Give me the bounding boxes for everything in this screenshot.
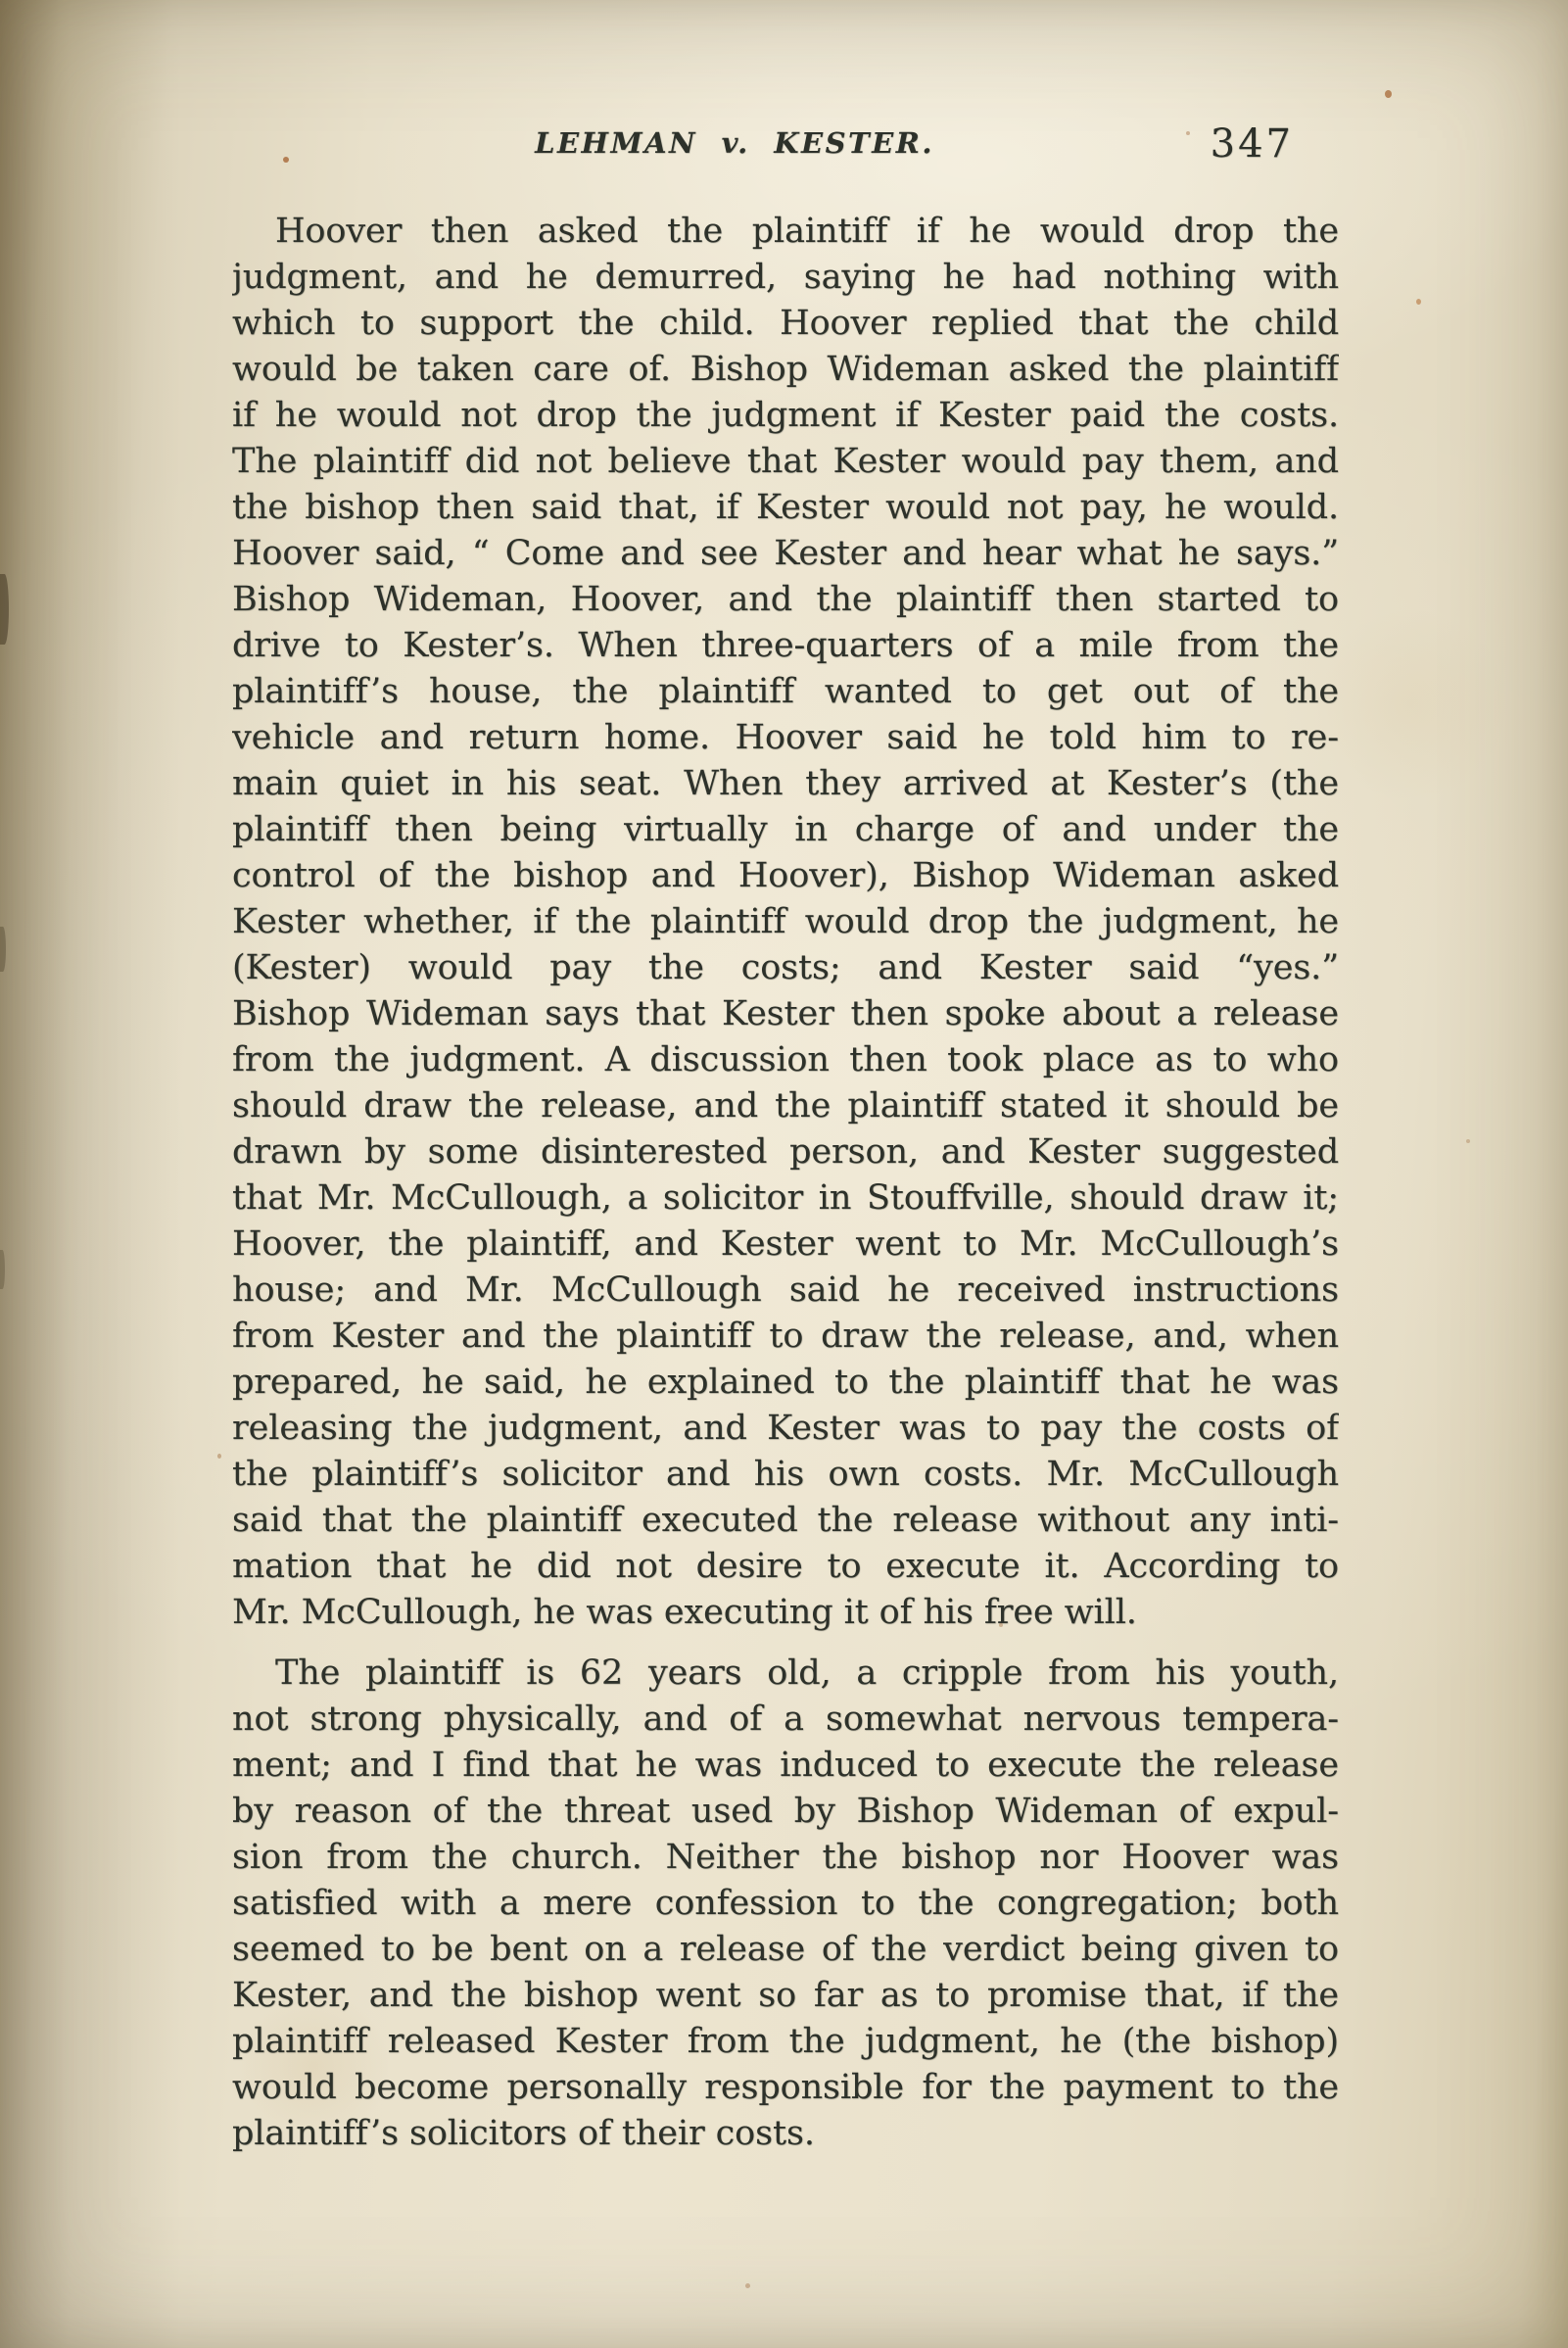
scanned-book-page: LEHMAN v. KESTER. 347 Hoover then asked … — [0, 0, 1568, 2348]
text-line: prepared, he said, he explained to the p… — [232, 1360, 1339, 1406]
case-title: LEHMAN v. KESTER. — [181, 123, 1288, 163]
text-line: Hoover, the plaintiff, and Kester went t… — [232, 1222, 1339, 1268]
text-line: the bishop then said that, if Kester wou… — [232, 485, 1339, 531]
text-line: Kester, and the bishop went so far as to… — [232, 1973, 1339, 2019]
text-line: plaintiff released Kester from the judgm… — [232, 2019, 1339, 2065]
text-line: from Kester and the plaintiff to draw th… — [232, 1314, 1339, 1360]
body-text: Hoover then asked the plaintiff if he wo… — [232, 209, 1339, 2157]
text-line: plaintiff’s solicitors of their costs. — [232, 2111, 1339, 2157]
page-gutter-shadow — [0, 0, 186, 2348]
text-line: satisfied with a mere confession to the … — [232, 1881, 1339, 1927]
foxing-speck — [1466, 1139, 1470, 1143]
text-line: The plaintiff did not believe that Keste… — [232, 439, 1339, 485]
text-line: The plaintiff is 62 years old, a cripple… — [232, 1651, 1339, 1697]
page-edge-mark — [0, 927, 6, 972]
page-number: 347 — [1211, 124, 1294, 164]
text-line: which to support the child. Hoover repli… — [232, 301, 1339, 347]
running-header: LEHMAN v. KESTER. 347 — [232, 123, 1339, 170]
page-edge-mark — [0, 574, 9, 645]
text-line: mation that he did not desire to execute… — [232, 1544, 1339, 1590]
text-line: sion from the church. Neither the bishop… — [232, 1835, 1339, 1881]
text-line: drive to Kester’s. When three-quarters o… — [232, 623, 1339, 669]
text-line: ment; and I find that he was induced to … — [232, 1743, 1339, 1789]
text-line: Hoover then asked the plaintiff if he wo… — [232, 209, 1339, 255]
text-line: Kester whether, if the plaintiff would d… — [232, 899, 1339, 945]
text-line: Mr. McCullough, he was executing it of h… — [232, 1590, 1339, 1636]
text-line: Bishop Wideman says that Kester then spo… — [232, 991, 1339, 1037]
text-line: vehicle and return home. Hoover said he … — [232, 715, 1339, 761]
text-line: not strong physically, and of a somewhat… — [232, 1697, 1339, 1743]
text-line: seemed to be bent on a release of the ve… — [232, 1927, 1339, 1973]
paragraph: The plaintiff is 62 years old, a cripple… — [232, 1651, 1339, 2157]
text-line: would be taken care of. Bishop Wideman a… — [232, 347, 1339, 393]
text-line: (Kester) would pay the costs; and Kester… — [232, 945, 1339, 991]
text-line: control of the bishop and Hoover), Bisho… — [232, 853, 1339, 899]
text-line: said that the plaintiff executed the rel… — [232, 1498, 1339, 1544]
text-line: plaintiff’s house, the plaintiff wanted … — [232, 669, 1339, 715]
text-line: if he would not drop the judgment if Kes… — [232, 393, 1339, 439]
text-line: house; and Mr. McCullough said he receiv… — [232, 1268, 1339, 1314]
text-line: would become personally responsible for … — [232, 2065, 1339, 2111]
foxing-speck — [217, 1454, 221, 1459]
text-line: releasing the judgment, and Kester was t… — [232, 1406, 1339, 1452]
text-line: from the judgment. A discussion then too… — [232, 1037, 1339, 1083]
page-edge-mark — [0, 1250, 5, 1289]
text-line: that Mr. McCullough, a solicitor in Stou… — [232, 1175, 1339, 1222]
text-line: by reason of the threat used by Bishop W… — [232, 1789, 1339, 1835]
text-line: plaintiff then being virtually in charge… — [232, 807, 1339, 853]
foxing-speck — [1416, 299, 1421, 305]
text-line: judgment, and he demurred, saying he had… — [232, 255, 1339, 301]
text-line: main quiet in his seat. When they arrive… — [232, 761, 1339, 807]
foxing-speck — [745, 2283, 750, 2288]
text-line: should draw the release, and the plainti… — [232, 1083, 1339, 1129]
text-line: drawn by some disinterested person, and … — [232, 1129, 1339, 1175]
text-line: Bishop Wideman, Hoover, and the plaintif… — [232, 577, 1339, 623]
text-line: the plaintiff’s solicitor and his own co… — [232, 1452, 1339, 1498]
foxing-speck — [1385, 90, 1392, 98]
paragraph: Hoover then asked the plaintiff if he wo… — [232, 209, 1339, 1636]
text-line: Hoover said, “ Come and see Kester and h… — [232, 531, 1339, 577]
